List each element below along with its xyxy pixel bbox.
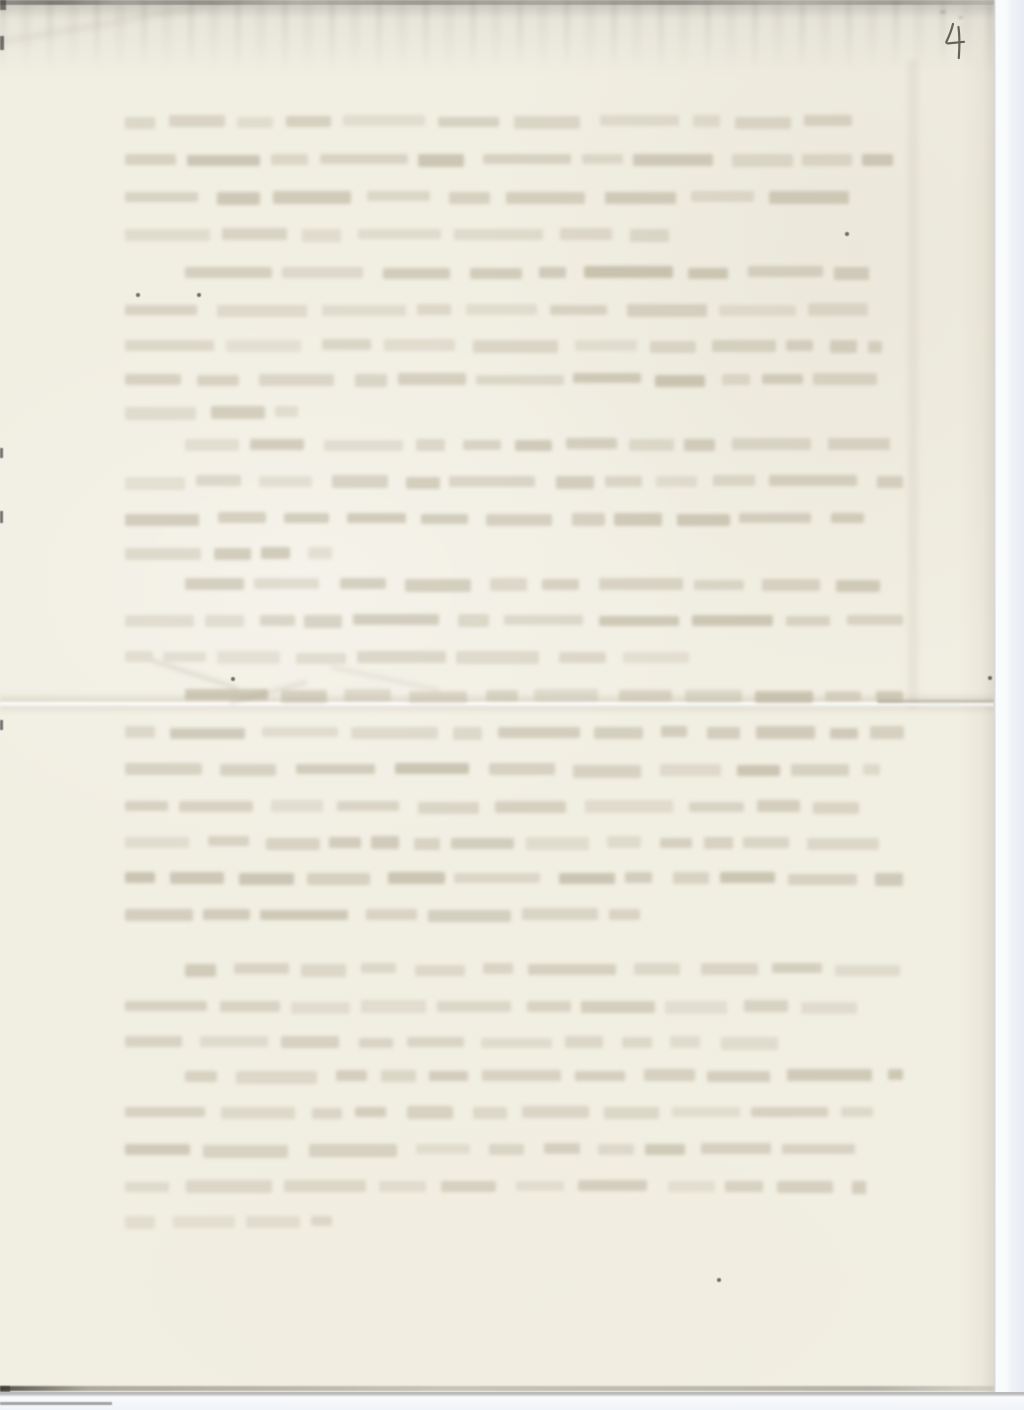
faded-text-line xyxy=(125,227,688,242)
scanner-bed-bottom-strip xyxy=(0,1392,1024,1410)
faded-text-line xyxy=(125,511,868,526)
faded-text-line xyxy=(125,650,700,665)
faded-text-line xyxy=(125,302,868,317)
faded-text-line xyxy=(125,1214,332,1229)
ink-speck xyxy=(197,293,201,297)
faded-text-line xyxy=(185,1068,903,1083)
faded-text-line xyxy=(125,725,906,740)
faded-typewritten-text-block xyxy=(0,0,994,1392)
handwritten-page-number: 4 xyxy=(941,21,971,63)
faded-text-line xyxy=(125,1142,886,1157)
pencil-numeral-4-icon xyxy=(941,21,971,63)
faded-text-line xyxy=(125,1179,866,1194)
faded-text-line xyxy=(125,474,903,489)
scanner-bed-right-strip xyxy=(994,0,1024,1410)
scan-edge-mark xyxy=(0,511,3,523)
faded-text-line xyxy=(125,999,878,1014)
scan-edge-mark xyxy=(0,448,3,458)
paper-bottom-edge-shadow xyxy=(0,1386,994,1391)
faded-text-line xyxy=(125,907,640,922)
faded-text-line xyxy=(185,265,880,280)
scanned-document-page: 4 xyxy=(0,0,1024,1410)
faded-text-line xyxy=(125,835,888,850)
paper-sheet: 4 xyxy=(0,0,994,1392)
scan-top-edge-shadow xyxy=(0,5,994,19)
faded-text-line xyxy=(125,114,872,129)
faded-text-line xyxy=(125,799,882,814)
faded-text-line xyxy=(125,546,332,561)
faded-text-line xyxy=(125,871,903,886)
ink-speck xyxy=(231,677,235,681)
faded-text-line xyxy=(125,613,903,628)
faded-text-line xyxy=(125,1105,896,1120)
scan-edge-artifact xyxy=(0,1402,112,1405)
faded-text-line xyxy=(185,962,918,977)
faded-text-line xyxy=(125,1035,790,1050)
ink-speck xyxy=(717,1278,721,1282)
scan-edge-mark xyxy=(0,36,4,50)
ink-speck xyxy=(988,676,992,680)
faded-text-line xyxy=(125,338,882,353)
faded-text-line xyxy=(125,762,880,777)
faded-text-line xyxy=(125,372,888,387)
ink-speck xyxy=(136,293,140,297)
faded-text-line xyxy=(185,437,903,452)
faded-text-line xyxy=(125,404,298,419)
faded-text-line xyxy=(125,152,893,167)
faded-text-line xyxy=(185,688,903,703)
faded-text-line xyxy=(125,190,880,205)
ink-speck xyxy=(845,232,849,236)
faded-text-line xyxy=(185,577,880,592)
scan-edge-mark xyxy=(0,720,3,730)
